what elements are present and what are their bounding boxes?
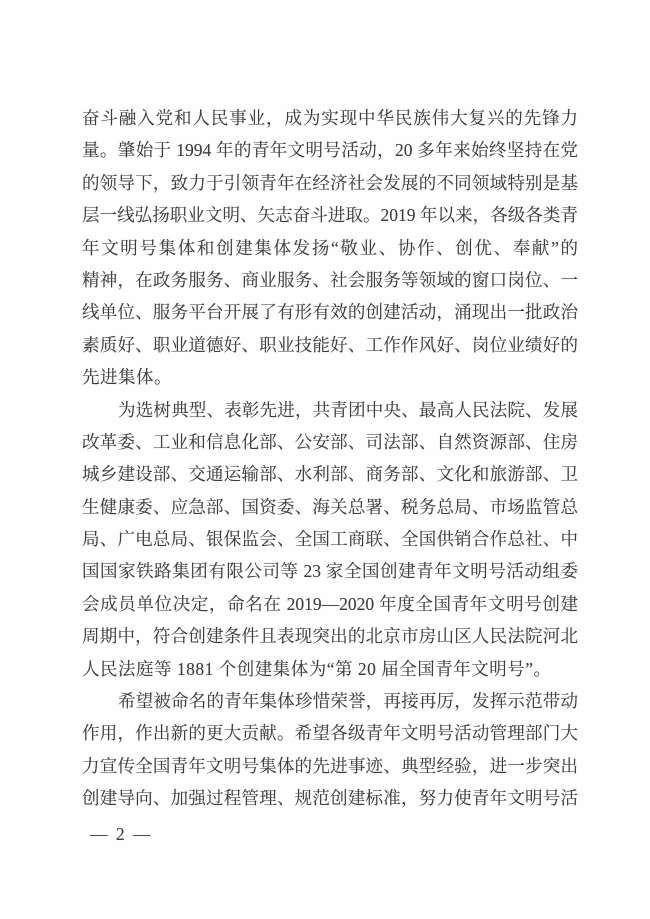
text-line: 人民法庭等 1881 个创建集体为“第 20 届全国青年文明号”。: [82, 653, 578, 685]
text-line: 城乡建设部、交通运输部、水利部、商务部、文化和旅游部、卫: [82, 458, 578, 490]
text-line: 作用，作出新的更大贡献。希望各级青年文明号活动管理部门大: [82, 717, 578, 749]
text-line: 的领导下，致力于引领青年在经济社会发展的不同领域特别是基: [82, 167, 578, 199]
paragraph-1: 奋斗融入党和人民事业，成为实现中华民族伟大复兴的先锋力 量。肇始于 1994 年…: [82, 102, 578, 394]
text-line: 力宣传全国青年文明号集体的先进事迹、典型经验，进一步突出: [82, 750, 578, 782]
paragraph-3: 希望被命名的青年集体珍惜荣誉，再接再厉，发挥示范带动 作用，作出新的更大贡献。希…: [82, 685, 578, 815]
text-line: 素质好、职业道德好、职业技能好、工作作风好、岗位业绩好的: [82, 329, 578, 361]
text-line: 希望被命名的青年集体珍惜荣誉，再接再厉，发挥示范带动: [82, 685, 578, 717]
text-line: 先进集体。: [82, 361, 578, 393]
text-line: 层一线弘扬职业文明、矢志奋斗进取。2019 年以来，各级各类青: [82, 199, 578, 231]
paragraph-2: 为选树典型、表彰先进，共青团中央、最高人民法院、发展 改革委、工业和信息化部、公…: [82, 394, 578, 686]
text-line: 量。肇始于 1994 年的青年文明号活动，20 多年来始终坚持在党: [82, 134, 578, 166]
page-number: — 2 —: [90, 822, 153, 846]
document-body: 奋斗融入党和人民事业，成为实现中华民族伟大复兴的先锋力 量。肇始于 1994 年…: [82, 102, 578, 815]
text-line: 会成员单位决定，命名在 2019—2020 年度全国青年文明号创建: [82, 588, 578, 620]
text-line: 精神，在政务服务、商业服务、社会服务等领域的窗口岗位、一: [82, 264, 578, 296]
text-line: 周期中，符合创建条件且表现突出的北京市房山区人民法院河北: [82, 620, 578, 652]
text-line: 国国家铁路集团有限公司等 23 家全国创建青年文明号活动组委: [82, 555, 578, 587]
text-line: 创建导向、加强过程管理、规范创建标准，努力使青年文明号活: [82, 782, 578, 814]
text-line: 局、广电总局、银保监会、全国工商联、全国供销合作总社、中: [82, 523, 578, 555]
text-line: 生健康委、应急部、国资委、海关总署、税务总局、市场监管总: [82, 491, 578, 523]
text-line: 线单位、服务平台开展了有形有效的创建活动，涌现出一批政治: [82, 296, 578, 328]
text-line: 改革委、工业和信息化部、公安部、司法部、自然资源部、住房: [82, 426, 578, 458]
document-page: 奋斗融入党和人民事业，成为实现中华民族伟大复兴的先锋力 量。肇始于 1994 年…: [0, 0, 650, 919]
text-line: 为选树典型、表彰先进，共青团中央、最高人民法院、发展: [82, 394, 578, 426]
text-line: 奋斗融入党和人民事业，成为实现中华民族伟大复兴的先锋力: [82, 102, 578, 134]
text-line: 年文明号集体和创建集体发扬“敬业、协作、创优、奉献”的: [82, 232, 578, 264]
